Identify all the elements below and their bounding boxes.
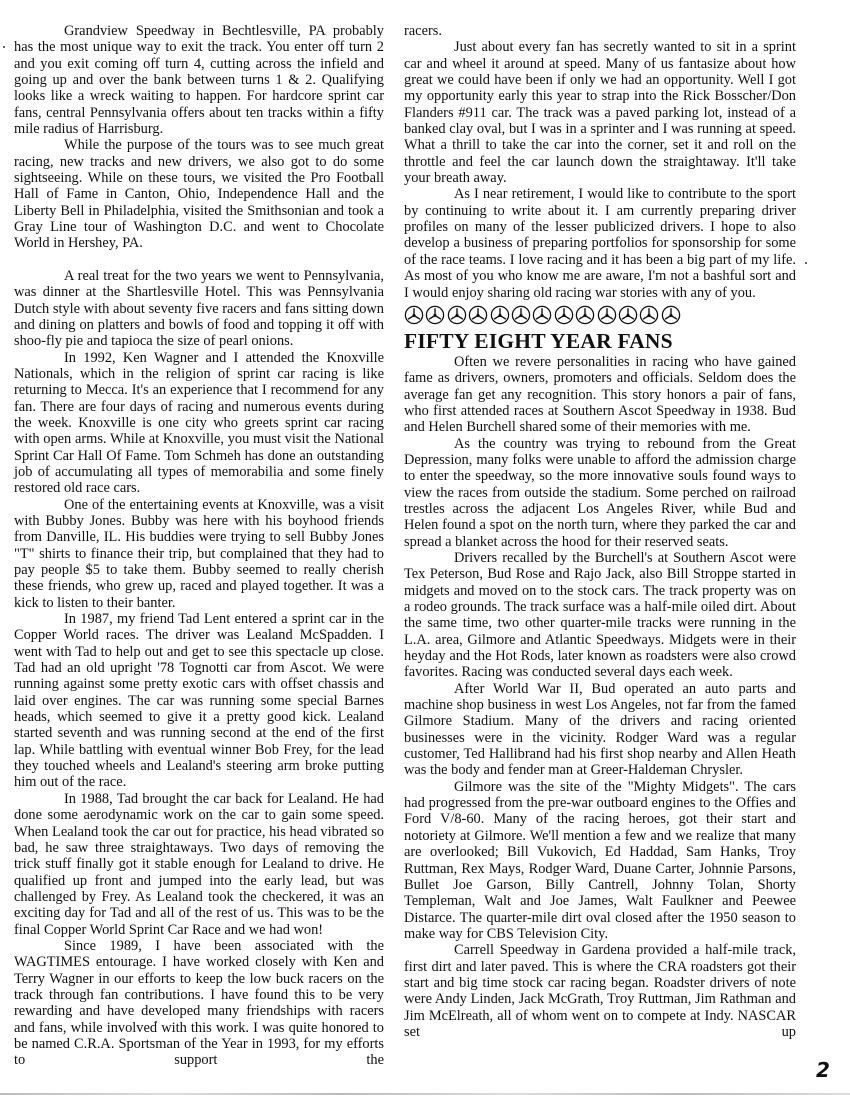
steering-wheel-icon (597, 305, 617, 325)
page-number: 2 (816, 1058, 830, 1082)
paragraph-tours-sightseeing: While the purpose of the tours was to se… (14, 137, 384, 251)
paragraph-gilmore-midgets: Gilmore was the site of the "Mighty Midg… (404, 779, 796, 942)
paragraph-carrell-speedway: Carrell Speedway in Gardena provided a h… (404, 942, 796, 1040)
continuation-text: racers. (404, 23, 796, 39)
steering-wheel-icon (661, 305, 681, 325)
steering-wheel-divider (404, 304, 796, 326)
scan-speck (155, 1021, 157, 1023)
paragraph-revere-personalities: Often we revere personalities in racing … (404, 354, 796, 436)
paragraph-shartlesville-hotel: A real treat for the two years we went t… (14, 268, 384, 350)
paragraph-great-depression: As the country was trying to rebound fro… (404, 436, 796, 550)
steering-wheel-icon (575, 305, 595, 325)
steering-wheel-icon (639, 305, 659, 325)
left-column: Grandview Speedway in Bechtlesville, PA … (14, 22, 384, 1069)
scan-speck (805, 262, 807, 264)
paragraph-grandview: Grandview Speedway in Bechtlesville, PA … (14, 23, 384, 137)
right-column: racers. Just about every fan has secretl… (404, 22, 796, 1040)
steering-wheel-icon (447, 305, 467, 325)
paragraph-sprint-car-ride: Just about every fan has secretly wanted… (404, 39, 796, 186)
steering-wheel-icon (532, 305, 552, 325)
paragraph-retirement: As I near retirement, I would like to co… (404, 186, 796, 300)
page-bottom-edge (0, 1093, 850, 1095)
steering-wheel-icon (404, 305, 424, 325)
paragraph-copper-world-1987: In 1987, my friend Tad Lent entered a sp… (14, 611, 384, 791)
paragraph-bubby-jones: One of the entertaining events at Knoxvi… (14, 497, 384, 611)
steering-wheel-icon (511, 305, 531, 325)
article-heading: FIFTY EIGHT YEAR FANS (404, 328, 796, 354)
steering-wheel-icon (618, 305, 638, 325)
scan-speck (3, 46, 5, 48)
steering-wheel-icon (468, 305, 488, 325)
paragraph-after-ww2: After World War II, Bud operated an auto… (404, 681, 796, 779)
paragraph-copper-world-1988: In 1988, Tad brought the car back for Le… (14, 791, 384, 938)
paragraph-southern-ascot-drivers: Drivers recalled by the Burchell's at So… (404, 550, 796, 681)
steering-wheel-icon (554, 305, 574, 325)
paragraph-knoxville-nationals: In 1992, Ken Wagner and I attended the K… (14, 350, 384, 497)
steering-wheel-icon (425, 305, 445, 325)
steering-wheel-icon (490, 305, 510, 325)
paragraph-wagtimes: Since 1989, I have been associated with … (14, 938, 384, 1069)
